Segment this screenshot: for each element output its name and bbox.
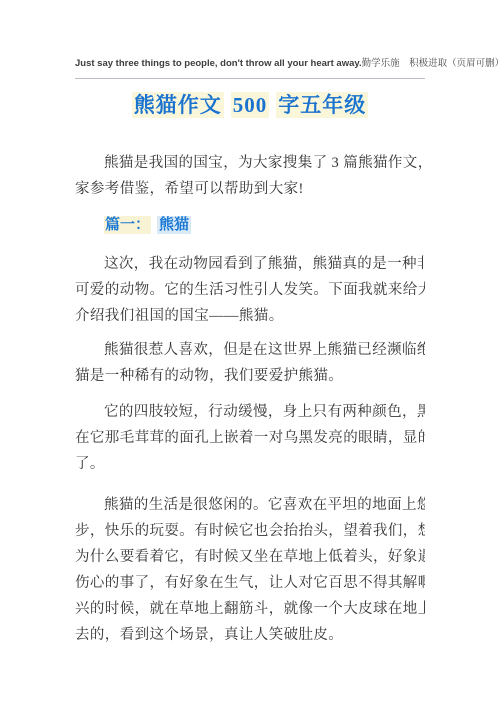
- header-chinese-text: 勤学乐施 积极进取（页眉可删）: [362, 59, 500, 69]
- paragraph-line: 步，快乐的玩耍。有时候它也会抬抬头，望着我们，想想我们: [75, 518, 425, 544]
- document-page: Just say three things to people, don't t…: [0, 0, 500, 708]
- title-part-3: 字五年级: [276, 92, 368, 118]
- title-part-1: 熊猫作文: [132, 92, 224, 118]
- paragraph-line: 介绍我们祖国的国宝——熊猫。: [75, 303, 425, 329]
- paragraph-3: 它的四肢较短，行动缓慢，身上只有两种颜色，黑和白， 在它那毛茸茸的面孔上嵌着一对…: [75, 399, 425, 477]
- paragraph-line: 家参考借鉴，希望可以帮助到大家!: [75, 176, 425, 202]
- paragraph-line: 熊猫的生活是很悠闲的。它喜欢在平坦的地面上悠闲的散: [75, 492, 425, 518]
- paragraph-line: 这次，我在动物园看到了熊猫，熊猫真的是一种非常美丽: [75, 251, 425, 277]
- title-part-2: 500: [231, 92, 270, 118]
- header-divider: [75, 78, 425, 79]
- paragraph-line: 猫是一种稀有的动物，我们要爱护熊猫。: [75, 363, 425, 389]
- paragraph-line: 兴的时候，就在草地上翻筋斗，就像一个大皮球在地上滚来滚: [75, 596, 425, 622]
- section-label: 篇一：: [104, 216, 151, 234]
- header-english-text: Just say three things to people, don't t…: [75, 58, 362, 69]
- intro-paragraph: 熊猫是我国的国宝，为大家搜集了 3 篇熊猫作文，欢迎大 家参考借鉴，希望可以帮助…: [75, 150, 425, 202]
- paragraph-2: 熊猫很惹人喜欢，但是在这世界上熊猫已经濒临绝种，熊 猫是一种稀有的动物，我们要爱…: [75, 337, 425, 389]
- page-content: Just say three things to people, don't t…: [75, 0, 425, 648]
- paragraph-line: 熊猫是我国的国宝，为大家搜集了 3 篇熊猫作文，欢迎大: [75, 150, 425, 176]
- page-header: Just say three things to people, don't t…: [75, 0, 425, 71]
- paragraph-line: 它的四肢较短，行动缓慢，身上只有两种颜色，黑和白，: [75, 399, 425, 425]
- paragraph-line: 可爱的动物。它的生活习性引人发笑。下面我就来给大家介绍: [75, 277, 425, 303]
- section-heading-1: 篇一：熊猫: [75, 214, 425, 236]
- section-name: 熊猫: [157, 216, 191, 234]
- essay-title: 熊猫作文500字五年级: [75, 90, 425, 120]
- paragraph-line: 伤心的事了，有好象在生气，让人对它百思不得其解啊!当它高: [75, 570, 425, 596]
- paragraph-line: 了。: [75, 451, 425, 477]
- paragraph-line: 在它那毛茸茸的面孔上嵌着一对乌黑发亮的眼睛，显的可爱极: [75, 425, 425, 451]
- paragraph-line: 去的，看到这个场景，真让人笑破肚皮。: [75, 622, 425, 648]
- paragraph-line: 熊猫很惹人喜欢，但是在这世界上熊猫已经濒临绝种，熊: [75, 337, 425, 363]
- paragraph-line: 为什么要看着它，有时候又坐在草地上低着头，好象遇见什么: [75, 544, 425, 570]
- paragraph-4: 熊猫的生活是很悠闲的。它喜欢在平坦的地面上悠闲的散 步，快乐的玩耍。有时候它也会…: [75, 492, 425, 648]
- paragraph-1: 这次，我在动物园看到了熊猫，熊猫真的是一种非常美丽 可爱的动物。它的生活习性引人…: [75, 251, 425, 329]
